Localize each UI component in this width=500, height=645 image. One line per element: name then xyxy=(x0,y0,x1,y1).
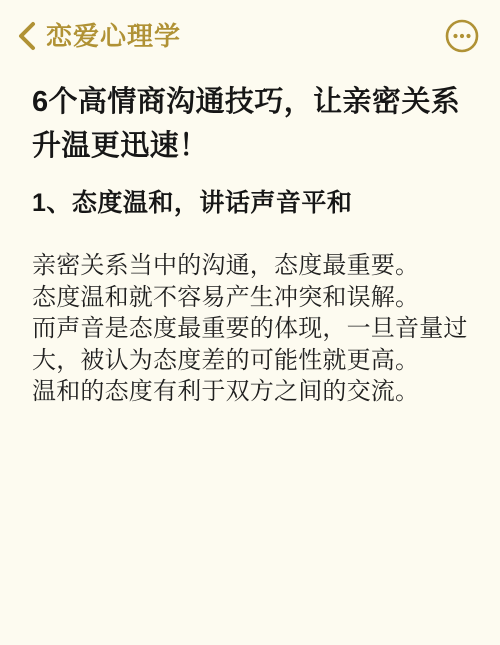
chevron-left-icon xyxy=(16,21,38,51)
back-button[interactable]: 恋爱心理学 xyxy=(16,20,181,52)
ellipsis-circle-icon xyxy=(445,19,479,53)
nav-bar: 恋爱心理学 xyxy=(0,0,500,54)
paragraph-line: 温和的态度有利于双方之间的交流。 xyxy=(32,376,468,408)
paragraph-line: 而声音是态度最重要的体现，一旦音量过大，被认为态度差的可能性就更高。 xyxy=(32,313,468,376)
paragraph-line: 态度温和就不容易产生冲突和误解。 xyxy=(32,282,468,314)
paragraph-line: 亲密关系当中的沟通，态度最重要。 xyxy=(32,250,468,282)
article-screen: 恋爱心理学 6个高情商沟通技巧，让亲密关系升温更迅速！ 1、态度温和，讲话声音平… xyxy=(0,0,500,645)
article-title: 6个高情商沟通技巧，让亲密关系升温更迅速！ xyxy=(32,80,468,168)
back-label: 恋爱心理学 xyxy=(46,20,181,52)
article-paragraph: 亲密关系当中的沟通，态度最重要。 态度温和就不容易产生冲突和误解。 而声音是态度… xyxy=(32,250,468,408)
more-button[interactable] xyxy=(444,18,480,54)
section-heading: 1、态度温和，讲话声音平和 xyxy=(32,190,468,217)
article-content: 6个高情商沟通技巧，让亲密关系升温更迅速！ 1、态度温和，讲话声音平和 亲密关系… xyxy=(0,80,500,408)
